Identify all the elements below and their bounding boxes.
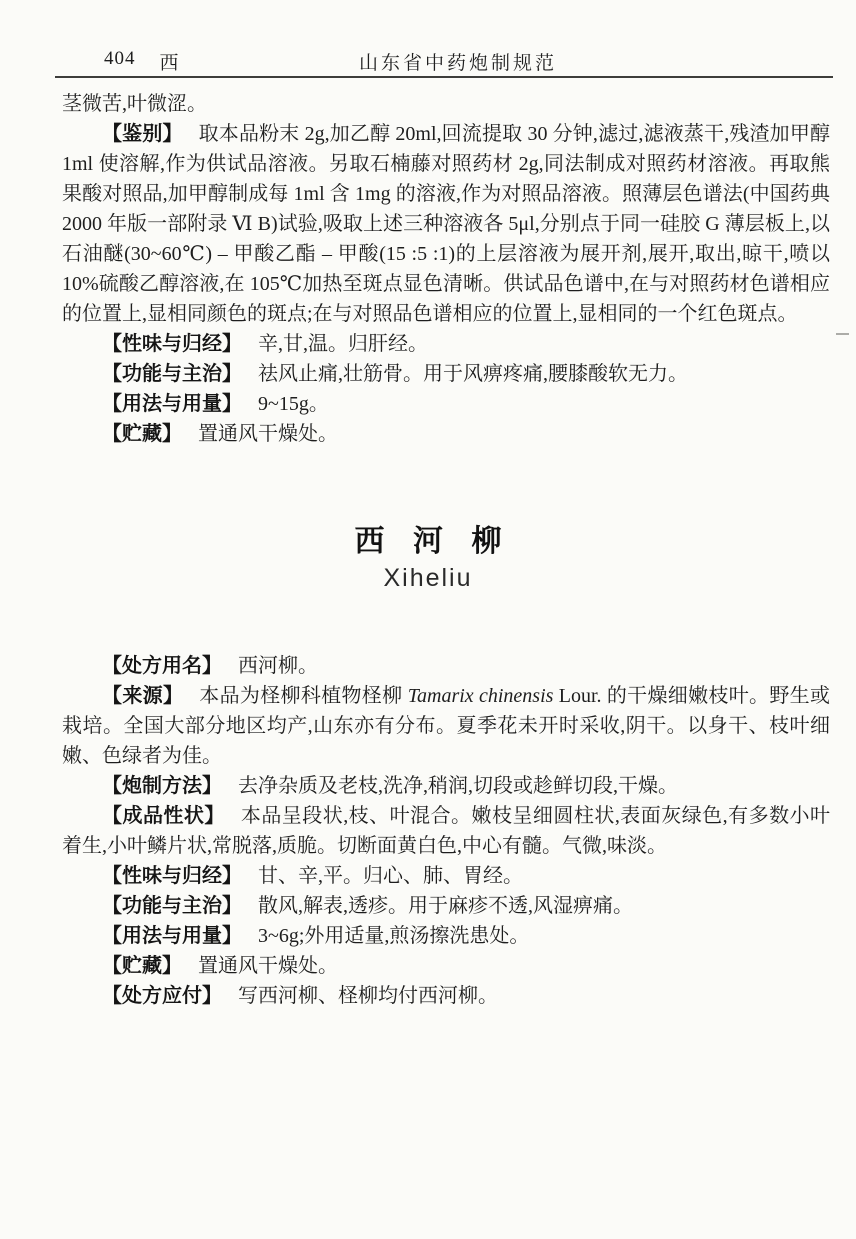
scan-artifact-speck bbox=[836, 333, 849, 335]
entry-label-identification: 【鉴别】 bbox=[102, 123, 183, 145]
entry-text: 甘、辛,平。归心、肺、胃经。 bbox=[258, 865, 523, 887]
entry-product-character: 【成品性状】本品呈段状,枝、叶混合。嫩枝呈细圆柱状,表面灰绿色,有多数小叶着生,… bbox=[62, 801, 830, 861]
entry-text: 西河柳。 bbox=[238, 655, 318, 677]
monograph-pinyin: Xiheliu bbox=[0, 563, 856, 593]
entry-label-dosage: 【用法与用量】 bbox=[102, 925, 242, 947]
entry-text: 置通风干燥处。 bbox=[198, 955, 338, 977]
entry-label-function-indication: 【功能与主治】 bbox=[102, 363, 242, 385]
entry-label-source: 【来源】 bbox=[102, 685, 183, 707]
monograph-title: 西河柳 bbox=[0, 525, 856, 559]
entry-text: 散风,解表,透疹。用于麻疹不透,风湿痹痛。 bbox=[258, 895, 633, 917]
entry-dosage: 【用法与用量】9~15g。 bbox=[62, 389, 830, 419]
entry-label-product-character: 【成品性状】 bbox=[102, 805, 225, 827]
continuation-entry-list: 【鉴别】取本品粉末 2g,加乙醇 20ml,回流提取 30 分钟,滤过,滤液蒸干… bbox=[62, 119, 830, 449]
previous-monograph-continuation: 茎微苦,叶微涩。 【鉴别】取本品粉末 2g,加乙醇 20ml,回流提取 30 分… bbox=[0, 78, 856, 449]
entry-function-indication: 【功能与主治】散风,解表,透疹。用于麻疹不透,风湿痹痛。 bbox=[62, 891, 830, 921]
entry-function-indication: 【功能与主治】祛风止痛,壮筋骨。用于风痹疼痛,腰膝酸软无力。 bbox=[62, 359, 830, 389]
entry-text: 去净杂质及老枝,洗净,稍润,切段或趁鲜切段,干燥。 bbox=[238, 775, 678, 797]
running-head: 404 西 山东省中药炮制规范 bbox=[0, 0, 856, 76]
entry-storage: 【贮藏】置通风干燥处。 bbox=[62, 419, 830, 449]
entry-identification: 【鉴别】取本品粉末 2g,加乙醇 20ml,回流提取 30 分钟,滤过,滤液蒸干… bbox=[62, 119, 830, 329]
entry-label-storage: 【贮藏】 bbox=[102, 423, 182, 445]
entry-text: 3~6g;外用适量,煎汤擦洗患处。 bbox=[258, 925, 529, 947]
entry-storage: 【贮藏】置通风干燥处。 bbox=[62, 951, 830, 981]
entry-processing-method: 【炮制方法】去净杂质及老枝,洗净,稍润,切段或趁鲜切段,干燥。 bbox=[62, 771, 830, 801]
entry-text: 写西河柳、柽柳均付西河柳。 bbox=[238, 985, 498, 1007]
entry-prescription-dispensing: 【处方应付】写西河柳、柽柳均付西河柳。 bbox=[62, 981, 830, 1011]
book-title: 山东省中药炮制规范 bbox=[60, 48, 856, 75]
entry-text: 置通风干燥处。 bbox=[198, 423, 338, 445]
entry-label-storage: 【贮藏】 bbox=[102, 955, 182, 977]
scanned-book-page: 404 西 山东省中药炮制规范 茎微苦,叶微涩。 【鉴别】取本品粉末 2g,加乙… bbox=[0, 0, 856, 1239]
entry-text: 辛,甘,温。归肝经。 bbox=[258, 333, 428, 355]
entry-label-prescription-dispensing: 【处方应付】 bbox=[102, 985, 222, 1007]
continuation-tail-line: 茎微苦,叶微涩。 bbox=[62, 89, 830, 119]
entry-label-property-meridian: 【性味与归经】 bbox=[102, 333, 242, 355]
entry-text: 9~15g。 bbox=[258, 393, 329, 415]
entry-property-meridian: 【性味与归经】甘、辛,平。归心、肺、胃经。 bbox=[62, 861, 830, 891]
entry-label-function-indication: 【功能与主治】 bbox=[102, 895, 242, 917]
monograph-entry-list: 【处方用名】西河柳。【来源】本品为柽柳科植物柽柳 Tamarix chinens… bbox=[0, 651, 856, 1011]
entry-prescription-name: 【处方用名】西河柳。 bbox=[62, 651, 830, 681]
entry-text: 祛风止痛,壮筋骨。用于风痹疼痛,腰膝酸软无力。 bbox=[258, 363, 688, 385]
entry-label-prescription-name: 【处方用名】 bbox=[102, 655, 222, 677]
entry-property-meridian: 【性味与归经】辛,甘,温。归肝经。 bbox=[62, 329, 830, 359]
entry-source: 【来源】本品为柽柳科植物柽柳 Tamarix chinensis Lour. 的… bbox=[62, 681, 830, 771]
entry-label-processing-method: 【炮制方法】 bbox=[102, 775, 222, 797]
entry-label-property-meridian: 【性味与归经】 bbox=[102, 865, 242, 887]
entry-text: 取本品粉末 2g,加乙醇 20ml,回流提取 30 分钟,滤过,滤液蒸干,残渣加… bbox=[62, 123, 830, 325]
entry-text: 本品为柽柳科植物柽柳 bbox=[199, 685, 407, 707]
monograph-xiheliu: 西河柳 Xiheliu 【处方用名】西河柳。【来源】本品为柽柳科植物柽柳 Tam… bbox=[0, 525, 856, 1011]
latin-binomial: Tamarix chinensis bbox=[408, 685, 554, 707]
entry-dosage: 【用法与用量】3~6g;外用适量,煎汤擦洗患处。 bbox=[62, 921, 830, 951]
entry-label-dosage: 【用法与用量】 bbox=[102, 393, 242, 415]
